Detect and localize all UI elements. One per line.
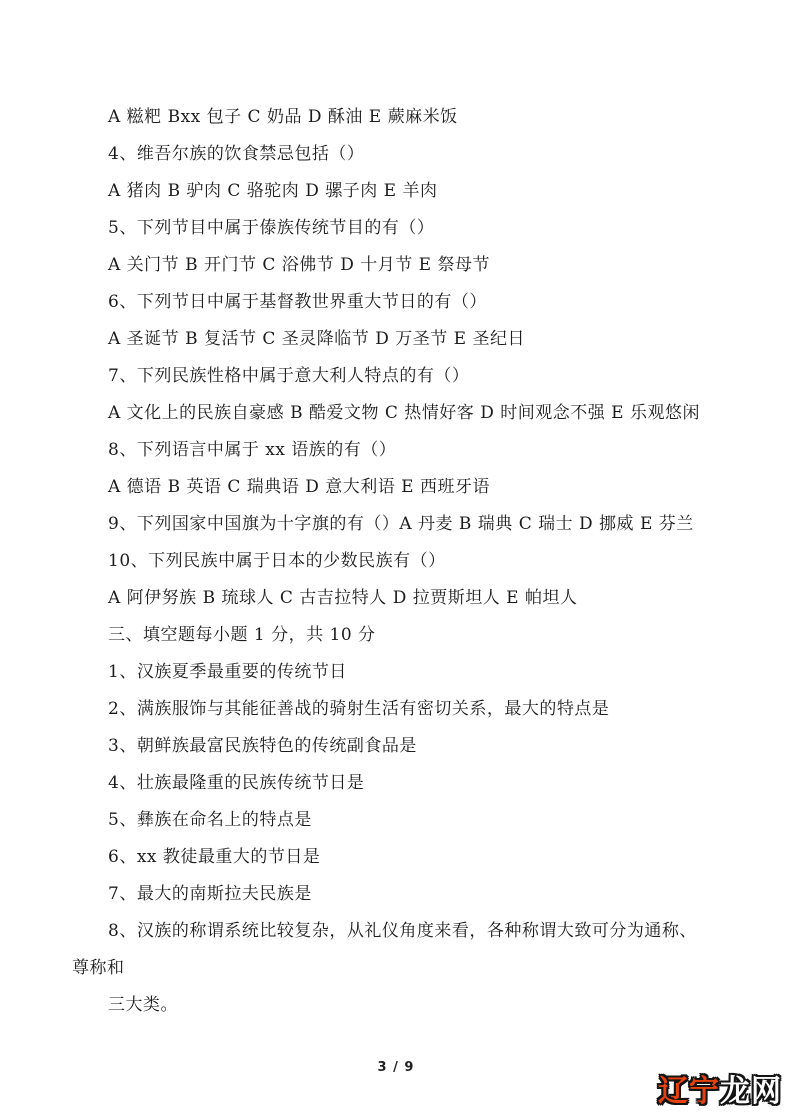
document-line: 尊称和 — [72, 950, 762, 987]
document-line: 8、汉族的称谓系统比较复杂，从礼仪角度来看，各种称谓大致可分为通称、 — [72, 913, 762, 950]
document-line: A 糍粑 Bxx 包子 C 奶品 D 酥油 E 蕨麻米饭 — [72, 99, 762, 136]
document-line: 1、汉族夏季最重要的传统节日 — [72, 654, 762, 691]
document-line: 5、彝族在命名上的特点是 — [72, 802, 762, 839]
document-line: 10、下列民族中属于日本的少数民族有（） — [72, 543, 762, 580]
document-line: 2、满族服饰与其能征善战的骑射生活有密切关系，最大的特点是 — [72, 691, 762, 728]
document-line: A 猪肉 B 驴肉 C 骆驼肉 D 骡子肉 E 羊肉 — [72, 173, 762, 210]
document-line: 4、壮族最隆重的民族传统节日是 — [72, 765, 762, 802]
document-line: 4、维吾尔族的饮食禁忌包括（） — [72, 136, 762, 173]
document-line: 5、下列节目中属于傣族传统节目的有（） — [72, 210, 762, 247]
document-page: A 糍粑 Bxx 包子 C 奶品 D 酥油 E 蕨麻米饭4、维吾尔族的饮食禁忌包… — [0, 0, 792, 1120]
watermark-text-white: 龙网 — [720, 1074, 782, 1109]
watermark-text-orange: 辽宁 — [658, 1074, 720, 1109]
document-line: 6、xx 教徒最重大的节日是 — [72, 839, 762, 876]
document-line: A 圣诞节 B 复活节 C 圣灵降临节 D 万圣节 E 圣纪日 — [72, 321, 762, 358]
watermark-logo: 辽宁龙网 — [658, 1066, 782, 1110]
document-line: 三、填空题每小题 1 分，共 10 分 — [72, 617, 762, 654]
document-line: A 文化上的民族自豪感 B 酷爱文物 C 热情好客 D 时间观念不强 E 乐观悠… — [72, 395, 762, 432]
document-line: A 德语 B 英语 C 瑞典语 D 意大利语 E 西班牙语 — [72, 469, 762, 506]
document-line: 8、下列语言中属于 xx 语族的有（） — [72, 432, 762, 469]
document-line: 9、下列国家中国旗为十字旗的有（）A 丹麦 B 瑞典 C 瑞士 D 挪威 E 芬… — [72, 506, 762, 543]
document-line: A 阿伊努族 B 琉球人 C 古吉拉特人 D 拉贾斯坦人 E 帕坦人 — [72, 580, 762, 617]
document-line: 7、最大的南斯拉夫民族是 — [72, 876, 762, 913]
document-line: 7、下列民族性格中属于意大利人特点的有（） — [72, 358, 762, 395]
document-line: 三大类。 — [72, 987, 762, 1024]
document-line: 3、朝鲜族最富民族特色的传统副食品是 — [72, 728, 762, 765]
document-line: A 关门节 B 开门节 C 浴佛节 D 十月节 E 祭母节 — [72, 247, 762, 284]
document-body: A 糍粑 Bxx 包子 C 奶品 D 酥油 E 蕨麻米饭4、维吾尔族的饮食禁忌包… — [72, 99, 762, 1024]
document-line: 6、下列节日中属于基督教世界重大节日的有（） — [72, 284, 762, 321]
